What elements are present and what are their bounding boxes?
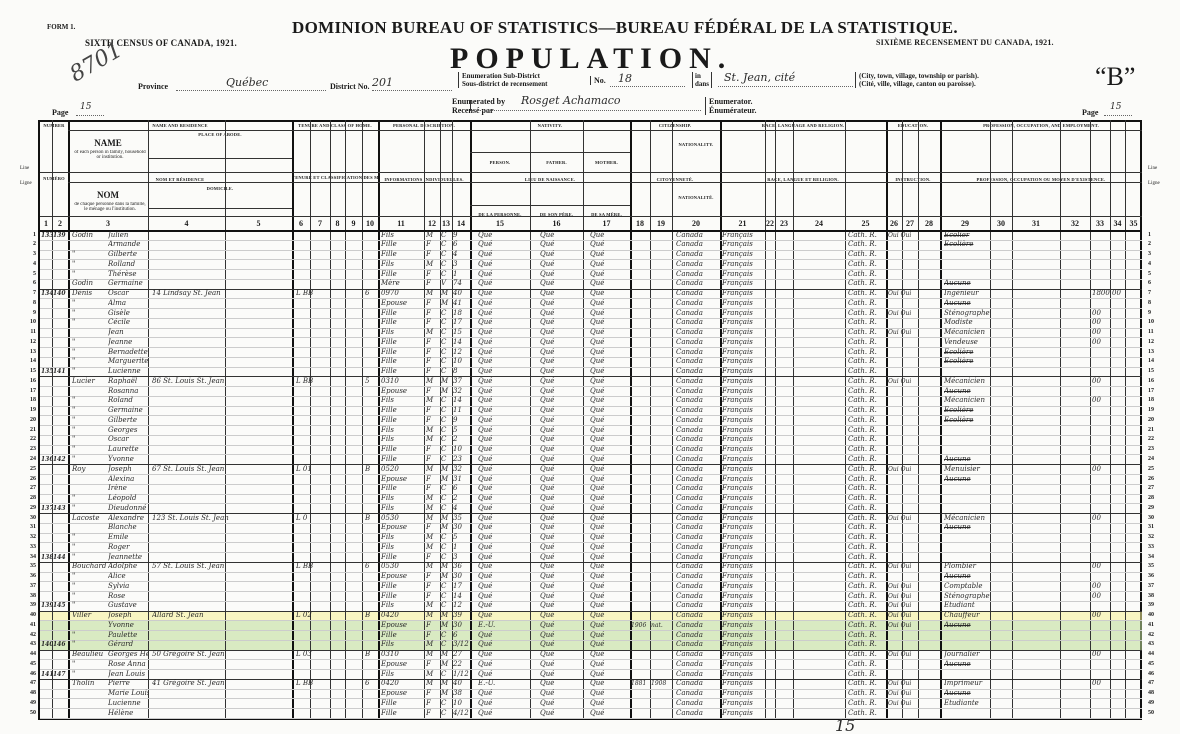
- birthplace-father: Qué: [540, 475, 582, 484]
- line-number-right: 8: [1148, 300, 1162, 306]
- marital-status: M: [441, 475, 452, 484]
- occupation: Écolière: [944, 240, 990, 249]
- line-number: 26: [22, 476, 36, 482]
- surname: ": [72, 426, 108, 435]
- line-number: 10: [22, 319, 36, 325]
- birthplace-father: Qué: [540, 650, 582, 659]
- relationship: Fils: [381, 231, 424, 240]
- sex: F: [426, 475, 440, 484]
- line-number: 37: [22, 583, 36, 589]
- education: Oui Oui: [888, 562, 918, 571]
- column-number: 20: [672, 219, 720, 228]
- line-number-right: 10: [1148, 319, 1162, 325]
- nationality: Canada: [676, 494, 720, 503]
- birthplace-father: Qué: [540, 689, 582, 698]
- column-divider: [424, 120, 425, 718]
- birthplace-mother: Qué: [590, 514, 630, 523]
- birthplace-father: Qué: [540, 338, 582, 347]
- nationality: Canada: [676, 621, 720, 630]
- surname: ": [72, 318, 108, 327]
- birthplace-father: Qué: [540, 709, 582, 718]
- earnings: 00: [1092, 309, 1142, 318]
- birthplace-mother: Qué: [590, 279, 630, 288]
- religion: Cath. R.: [848, 601, 886, 610]
- racial-origin: Français: [722, 416, 766, 425]
- nationality: Canada: [676, 328, 720, 337]
- nationality: Canada: [676, 387, 720, 396]
- line-number: 9: [22, 310, 36, 316]
- nationality: Canada: [676, 250, 720, 259]
- census-title-fr: SIXIÈME RECENSEMENT DU CANADA, 1921.: [876, 38, 1054, 47]
- sex: M: [426, 601, 440, 610]
- birthplace-mother: Qué: [590, 270, 630, 279]
- marital-status: C: [441, 367, 452, 376]
- nationality-en: NATIONALITY.: [672, 142, 720, 147]
- birthplace-father: Qué: [540, 357, 582, 366]
- birthplace-father: Qué: [540, 611, 582, 620]
- line-number: 21: [22, 427, 36, 433]
- line-number: 3: [22, 251, 36, 257]
- birthplace-person: Qué: [478, 279, 528, 288]
- tenure: L 0: [296, 514, 346, 523]
- occupation: Journalier: [944, 650, 990, 659]
- religion: Cath. R.: [848, 631, 886, 640]
- home-class: 6: [365, 679, 377, 688]
- line-number-right: 38: [1148, 593, 1162, 599]
- religion: Cath. R.: [848, 279, 886, 288]
- subheader-divider: [148, 208, 292, 209]
- surname: Viller: [72, 611, 108, 620]
- line-number: 8: [22, 300, 36, 306]
- sex: F: [426, 250, 440, 259]
- occupation: Aucune: [944, 621, 990, 630]
- address: 50 Grégoire St. Jean: [152, 650, 292, 659]
- racial-origin: Français: [722, 562, 766, 571]
- birthplace-father: Qué: [540, 396, 582, 405]
- given-name: Joseph: [108, 611, 148, 620]
- dans-label: dans: [695, 80, 709, 88]
- column-divider: [530, 120, 531, 718]
- birthplace-person: Qué: [478, 475, 528, 484]
- birthplace-father: Qué: [540, 328, 582, 337]
- abode-header-fr: DOMICILE.: [148, 186, 292, 191]
- sex: M: [426, 611, 440, 620]
- citizenship-header: CITIZENSHIP.: [630, 123, 720, 128]
- age: 10: [453, 445, 470, 454]
- line-number-right: 40: [1148, 612, 1162, 618]
- surname: ": [72, 504, 108, 513]
- given-name: Léopold: [108, 494, 148, 503]
- relationship: Épouse: [381, 660, 424, 669]
- religion: Cath. R.: [848, 250, 886, 259]
- surname: ": [72, 640, 108, 649]
- birthplace-person: Qué: [478, 338, 528, 347]
- birthplace-father: Qué: [540, 289, 582, 298]
- given-name: Gisèle: [108, 309, 148, 318]
- marital-status: M: [441, 572, 452, 581]
- given-name: Laurette: [108, 445, 148, 454]
- sex: F: [426, 553, 440, 562]
- earnings: 00: [1092, 592, 1142, 601]
- occupation: Comptable: [944, 582, 990, 591]
- relationship: Fils: [381, 543, 424, 552]
- line-number-right: 35: [1148, 563, 1162, 569]
- nationality: Canada: [676, 670, 720, 679]
- page-right-field[interactable]: 15: [1104, 105, 1132, 116]
- racial-origin: Français: [722, 679, 766, 688]
- relationship: 0970: [381, 289, 424, 298]
- relationship: Fille: [381, 416, 424, 425]
- birthplace-father: Qué: [540, 494, 582, 503]
- religion: Cath. R.: [848, 640, 886, 649]
- religion: Cath. R.: [848, 435, 886, 444]
- sex: F: [426, 357, 440, 366]
- relationship: Fille: [381, 357, 424, 366]
- religion: Cath. R.: [848, 650, 886, 659]
- column-divider: [583, 120, 584, 718]
- nationality: Canada: [676, 543, 720, 552]
- age: 6: [453, 240, 470, 249]
- religion: Cath. R.: [848, 289, 886, 298]
- district-field[interactable]: 201: [372, 80, 452, 91]
- birthplace-father: Qué: [540, 572, 582, 581]
- age: 36: [453, 562, 470, 571]
- racial-origin: Français: [722, 709, 766, 718]
- birthplace-person: Qué: [478, 416, 528, 425]
- column-number: 28: [918, 219, 940, 228]
- religion: Cath. R.: [848, 387, 886, 396]
- birthplace-mother: Qué: [590, 377, 630, 386]
- marital-status: C: [441, 270, 452, 279]
- given-name: Jeannette: [108, 553, 148, 562]
- relationship: 0310: [381, 377, 424, 386]
- relationship: Fils: [381, 494, 424, 503]
- birthplace-person: É.-U.: [478, 621, 528, 630]
- education: Oui Oui: [888, 582, 918, 591]
- sex: F: [426, 572, 440, 581]
- given-name: Blanche: [108, 523, 148, 532]
- province-field[interactable]: Québec: [176, 80, 326, 91]
- column-number: 23: [775, 219, 793, 228]
- nationality: Canada: [676, 689, 720, 698]
- religion: Cath. R.: [848, 660, 886, 669]
- line-number-right: 36: [1148, 573, 1162, 579]
- tenure: L BB: [296, 289, 346, 298]
- line-number: 19: [22, 407, 36, 413]
- relationship: Fille: [381, 270, 424, 279]
- relationship: Fille: [381, 582, 424, 591]
- given-name: Dieudonné: [108, 504, 148, 513]
- marital-status: C: [441, 445, 452, 454]
- subdistrict-no-field[interactable]: 18: [610, 76, 685, 87]
- racial-origin: Français: [722, 357, 766, 366]
- religion: Cath. R.: [848, 455, 886, 464]
- given-name: Julien: [108, 231, 148, 240]
- religion: Cath. R.: [848, 318, 886, 327]
- education: Oui Oui: [888, 465, 918, 474]
- enumerator-field[interactable]: Rosget Achamaco: [470, 100, 701, 111]
- line-number: 31: [22, 524, 36, 530]
- tenure-header-fr: TENURE ET CLASSIFICATION DES MAISONS.: [292, 175, 378, 180]
- sex: F: [426, 279, 440, 288]
- racial-origin: Français: [722, 611, 766, 620]
- birthplace-person: Qué: [478, 670, 528, 679]
- birthplace-father: Qué: [540, 533, 582, 542]
- birthplace-mother: Qué: [590, 533, 630, 542]
- birthplace-father: Qué: [540, 377, 582, 386]
- birthplace-mother: Qué: [590, 504, 630, 513]
- marital-status: M: [441, 660, 452, 669]
- age: 39: [453, 611, 470, 620]
- line-number-right: 11: [1148, 329, 1162, 335]
- nationality: Canada: [676, 309, 720, 318]
- address: 86 St. Louis St. Jean: [152, 377, 292, 386]
- given-name: Alexina: [108, 475, 148, 484]
- racial-origin: Français: [722, 699, 766, 708]
- earnings: 00: [1092, 679, 1142, 688]
- nationality: Canada: [676, 465, 720, 474]
- line-number-right: 18: [1148, 397, 1162, 403]
- birthplace-person: Qué: [478, 494, 528, 503]
- given-name: Marie Louise: [108, 689, 148, 698]
- birthplace-person: Qué: [478, 553, 528, 562]
- marital-status: C: [441, 709, 452, 718]
- line-number-right: 22: [1148, 436, 1162, 442]
- occupation: Aucune: [944, 387, 990, 396]
- birthplace-mother: Qué: [590, 387, 630, 396]
- sex: F: [426, 523, 440, 532]
- nationality: Canada: [676, 601, 720, 610]
- column-divider: [845, 120, 846, 718]
- racial-origin: Français: [722, 465, 766, 474]
- sex: M: [426, 494, 440, 503]
- surname: ": [72, 660, 108, 669]
- age: 22: [453, 660, 470, 669]
- family-number: 139: [53, 231, 68, 240]
- sex: M: [426, 514, 440, 523]
- birthplace-mother: Qué: [590, 231, 630, 240]
- nationality: Canada: [676, 611, 720, 620]
- birthplace-person: Qué: [478, 699, 528, 708]
- surname: ": [72, 553, 108, 562]
- relationship: Fils: [381, 328, 424, 337]
- birthplace-mother: Qué: [590, 494, 630, 503]
- marital-status: C: [441, 260, 452, 269]
- given-name: Yvonne: [108, 621, 148, 630]
- sex: M: [426, 289, 440, 298]
- tenure: L 02: [296, 611, 346, 620]
- nationality-fr: NATIONALITÉ.: [672, 195, 720, 200]
- religion: Cath. R.: [848, 582, 886, 591]
- birthplace-father: Qué: [540, 240, 582, 249]
- age: 14: [453, 396, 470, 405]
- line-number-right: 15: [1148, 368, 1162, 374]
- earnings: 00: [1092, 318, 1142, 327]
- sex: M: [426, 679, 440, 688]
- tenure-header: TENURE AND CLASS OF HOME.: [292, 123, 378, 128]
- racial-origin: Français: [722, 387, 766, 396]
- birthplace-mother: Qué: [590, 484, 630, 493]
- line-number: 16: [22, 378, 36, 384]
- birthplace-father: Qué: [540, 318, 582, 327]
- birthplace-mother: Qué: [590, 250, 630, 259]
- education: Oui Oui: [888, 601, 918, 610]
- column-divider: [292, 120, 294, 718]
- subheader-divider: [470, 130, 630, 131]
- line-number: 25: [22, 466, 36, 472]
- nationality: Canada: [676, 231, 720, 240]
- surname: ": [72, 435, 108, 444]
- relationship: Fille: [381, 592, 424, 601]
- relationship: Fils: [381, 396, 424, 405]
- line-number-right: 12: [1148, 339, 1162, 345]
- marital-status: C: [441, 553, 452, 562]
- age: 8: [453, 367, 470, 376]
- nationality: Canada: [676, 357, 720, 366]
- religion: Cath. R.: [848, 338, 886, 347]
- subheader-divider: [940, 130, 1142, 131]
- given-name: Lucienne: [108, 699, 148, 708]
- line-number: 41: [22, 622, 36, 628]
- relationship: Épouse: [381, 475, 424, 484]
- number-group-header-fr: NUMÉRO: [40, 176, 68, 181]
- line-number: 36: [22, 573, 36, 579]
- nationality: Canada: [676, 572, 720, 581]
- surname: Roy: [72, 465, 108, 474]
- surname: ": [72, 367, 108, 376]
- address: 57 St. Louis St. Jean: [152, 562, 292, 571]
- sex: M: [426, 328, 440, 337]
- birthplace-person: Qué: [478, 709, 528, 718]
- birthplace-mother: Qué: [590, 367, 630, 376]
- birthplace-person: Qué: [478, 689, 528, 698]
- line-number: 42: [22, 632, 36, 638]
- sex: M: [426, 562, 440, 571]
- birthplace-father: Qué: [540, 445, 582, 454]
- nationality: Canada: [676, 445, 720, 454]
- place-field[interactable]: St. Jean, cité: [718, 76, 853, 87]
- nationality: Canada: [676, 299, 720, 308]
- given-name: Joseph: [108, 465, 148, 474]
- sex: M: [426, 504, 440, 513]
- surname: ": [72, 299, 108, 308]
- column-divider: [148, 120, 149, 718]
- surname: ": [72, 445, 108, 454]
- birthplace-mother: Qué: [590, 601, 630, 610]
- line-number-right: 28: [1148, 495, 1162, 501]
- line-number: 17: [22, 388, 36, 394]
- occupation: Écolière: [944, 406, 990, 415]
- birthplace-mother: Qué: [590, 670, 630, 679]
- religion: Cath. R.: [848, 689, 886, 698]
- age: 6: [453, 484, 470, 493]
- subheader-divider: [470, 152, 630, 153]
- line-number: 47: [22, 680, 36, 686]
- row-divider: [40, 718, 1142, 719]
- racial-origin: Français: [722, 309, 766, 318]
- line-number-right: 32: [1148, 534, 1162, 540]
- nationality: Canada: [676, 240, 720, 249]
- age: 1/12: [453, 670, 470, 679]
- name-sub-en: of each person in family, household or i…: [72, 150, 148, 160]
- earnings: 00: [1092, 377, 1142, 386]
- age: 30: [453, 523, 470, 532]
- age: 3: [453, 260, 470, 269]
- column-divider: [793, 120, 794, 718]
- address: 67 St. Louis St. Jean: [152, 465, 292, 474]
- birthplace-father: Qué: [540, 426, 582, 435]
- dwelling-number: 139: [41, 601, 53, 610]
- surname: ": [72, 670, 108, 679]
- line-number: 1: [22, 232, 36, 238]
- marital-status: C: [441, 543, 452, 552]
- column-number: 18: [630, 219, 650, 228]
- age: 1: [453, 543, 470, 552]
- marital-status: C: [441, 592, 452, 601]
- birthplace-person: Qué: [478, 660, 528, 669]
- family-number: 142: [53, 455, 68, 464]
- nationality: Canada: [676, 270, 720, 279]
- occupation: Aucune: [944, 572, 990, 581]
- birthplace-mother: Qué: [590, 435, 630, 444]
- page-left-field[interactable]: 15: [76, 105, 104, 116]
- footer-number: 15: [835, 716, 855, 734]
- line-number-right: 48: [1148, 690, 1162, 696]
- occupation: Mécanicien: [944, 396, 990, 405]
- given-name: Bernadette: [108, 348, 148, 357]
- occupation: Chauffeur: [944, 611, 990, 620]
- nationality: Canada: [676, 455, 720, 464]
- birthplace-mother: Qué: [590, 640, 630, 649]
- religion: Cath. R.: [848, 592, 886, 601]
- sex: F: [426, 309, 440, 318]
- age: 14: [453, 592, 470, 601]
- column-divider: [378, 120, 380, 718]
- racial-origin: Français: [722, 582, 766, 591]
- line-number-right: 39: [1148, 602, 1162, 608]
- surname: ": [72, 592, 108, 601]
- nationality: Canada: [676, 348, 720, 357]
- racial-origin: Français: [722, 279, 766, 288]
- nationality: Canada: [676, 435, 720, 444]
- marital-status: C: [441, 455, 452, 464]
- given-name: Lucienne: [108, 367, 148, 376]
- sex: M: [426, 650, 440, 659]
- line-number-right: 49: [1148, 700, 1162, 706]
- name-big-en: NAME: [68, 138, 148, 148]
- relationship: Fils: [381, 504, 424, 513]
- racial-origin: Français: [722, 260, 766, 269]
- name-big-fr: NOM: [68, 190, 148, 200]
- earnings: 00: [1092, 514, 1142, 523]
- birthplace-father: Qué: [540, 387, 582, 396]
- sex: F: [426, 660, 440, 669]
- column-number: 32: [1060, 219, 1090, 228]
- nationality: Canada: [676, 679, 720, 688]
- given-name: Armande: [108, 240, 148, 249]
- education-header: EDUCATION.: [886, 123, 940, 128]
- line-number-right: 25: [1148, 466, 1162, 472]
- nativity-mother-en: MOTHER.: [583, 160, 630, 165]
- age: 30: [453, 621, 470, 630]
- religion: Cath. R.: [848, 621, 886, 630]
- sex: M: [426, 231, 440, 240]
- surname: Bouchard: [72, 562, 108, 571]
- column-number: 9: [345, 219, 362, 228]
- line-number: 30: [22, 515, 36, 521]
- racial-origin: Français: [722, 504, 766, 513]
- age: 1: [453, 270, 470, 279]
